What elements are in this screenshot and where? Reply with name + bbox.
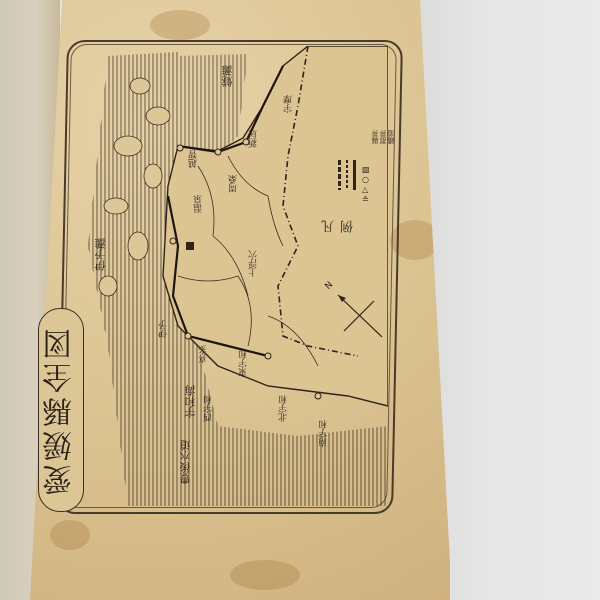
- region-label: 宇摩: [285, 95, 294, 113]
- border-line-icon: [338, 160, 341, 190]
- paper-stain: [150, 10, 210, 40]
- region-label: 西宇和: [205, 395, 214, 422]
- map-title: 愛媛縣全図: [39, 325, 83, 495]
- paper-stain: [230, 560, 300, 590]
- legend-point-icons: ▨○△≗: [362, 165, 370, 205]
- legend-label: 縣界: [372, 130, 379, 144]
- legend-symbols: ▨○△≗ 縣界 郡界 鐵道: [338, 150, 398, 220]
- legend-label: 鐵道: [388, 130, 395, 144]
- region-label: 南宇和: [320, 420, 329, 447]
- county-line-icon: [346, 160, 348, 190]
- region-label: 越智: [190, 150, 199, 168]
- sea-label: 伊予灘: [95, 238, 106, 271]
- region-label: 上浮穴: [250, 250, 259, 277]
- sea-label: 宇和海: [185, 385, 196, 418]
- region-label: 新居: [250, 130, 259, 148]
- region-label: 東宇和: [240, 350, 249, 377]
- region-label: 北宇和: [280, 395, 289, 422]
- railway-line-icon: [353, 160, 356, 190]
- region-label: 周桑: [230, 175, 239, 193]
- map-drawing: [68, 46, 388, 506]
- sea-label: 豊後水道: [180, 440, 191, 484]
- prefectural-office-icon: [186, 242, 194, 250]
- sea-label: 燧灘: [222, 65, 233, 87]
- compass-icon: [330, 285, 390, 345]
- legend-title: 凡例: [320, 220, 358, 233]
- region-label: 温泉: [195, 195, 204, 213]
- region-label: 喜多: [200, 345, 209, 363]
- north-arrow-compass: N: [330, 285, 390, 349]
- map-title-cartouche: 愛媛縣全図: [38, 308, 84, 512]
- region-label: 伊予: [160, 320, 169, 338]
- paper-stain: [50, 520, 90, 550]
- legend-label: 郡界: [380, 130, 387, 144]
